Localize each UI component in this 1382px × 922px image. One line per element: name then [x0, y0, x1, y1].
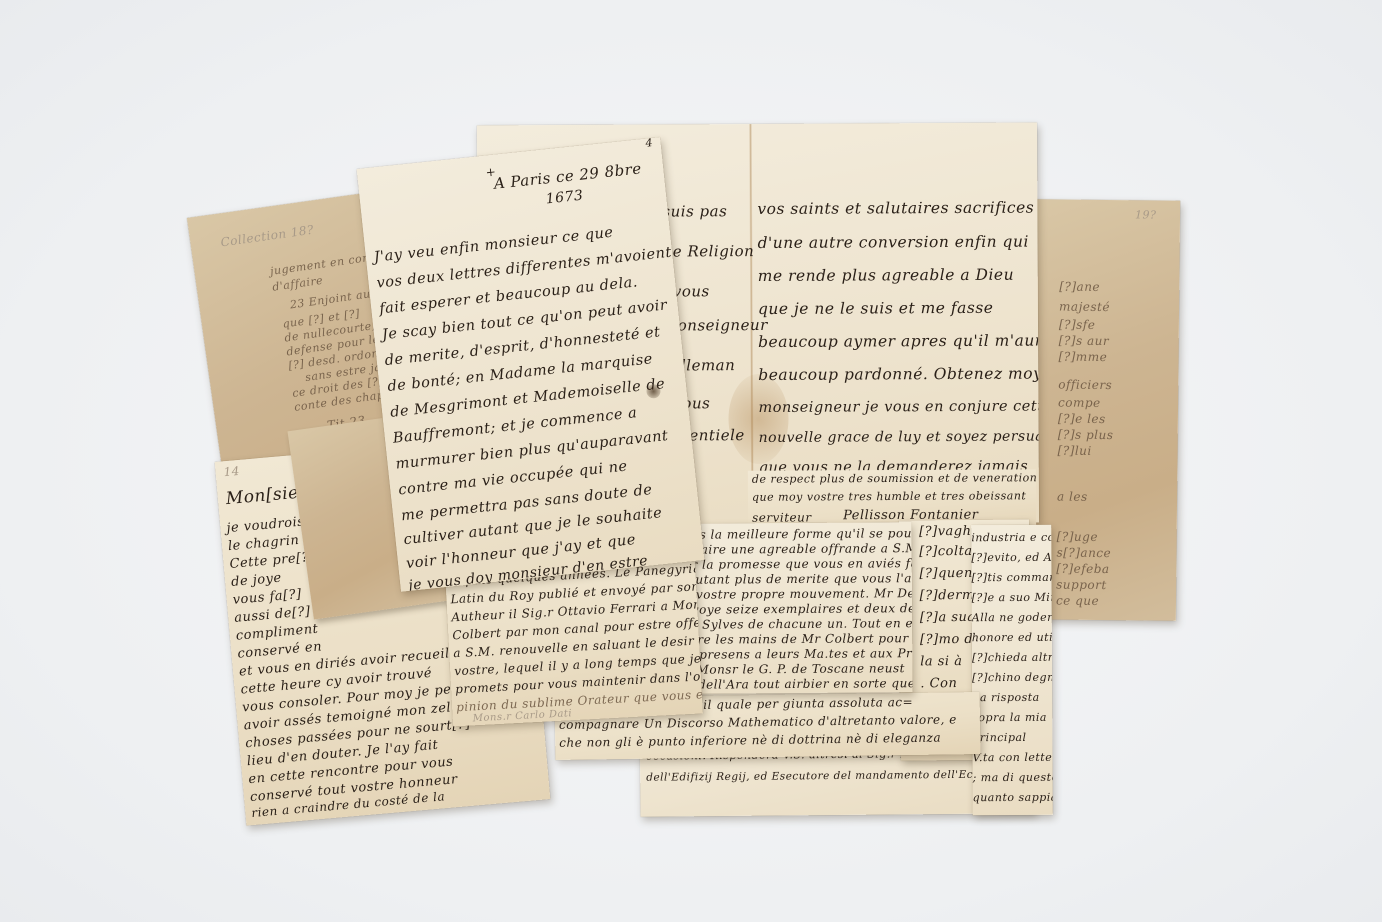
letter-center-french: dans la meilleure forme qu'il se pouvoit… — [671, 522, 912, 694]
letter-text: dans la meilleure forme qu'il se pouvoit… — [671, 522, 912, 694]
letter-main-french: 4 + A Paris ce 29 8bre 1673 J'ay veu enf… — [357, 137, 705, 592]
letter-text: J'ay veu enfin monsieur ce que vos deux … — [357, 137, 705, 592]
letter-italian-far-right: industria e con [?]evito, ed Alla [?]tis… — [971, 525, 1053, 815]
letter-text: industria e con [?]evito, ed Alla [?]tis… — [971, 525, 1053, 815]
photo-background: 19? [?]ane majesté [?]sfe [?]s aur [?]mm… — [0, 0, 1382, 922]
